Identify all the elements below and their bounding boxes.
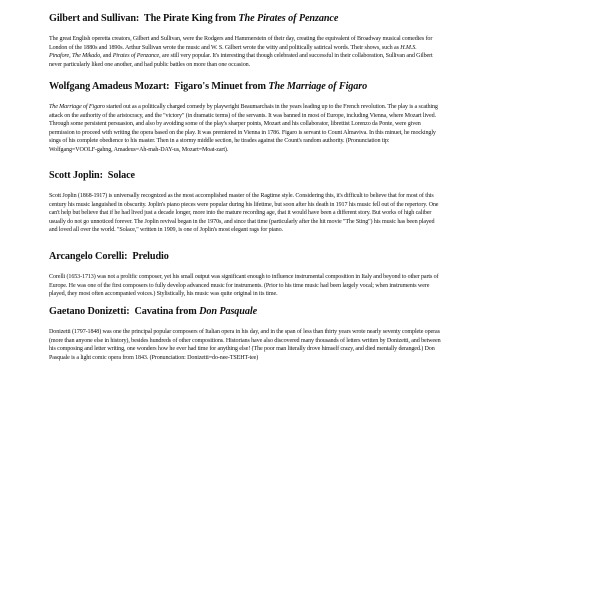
- section-heading: Gilbert and Sullivan: The Pirate King fr…: [49, 13, 524, 25]
- body-line: can't help but believe that if he had li…: [49, 209, 524, 218]
- piece-title: Solace: [108, 170, 135, 181]
- body-line: sings of his complete obedience to his m…: [49, 137, 524, 146]
- section-body: The great English operetta creators, Gil…: [49, 35, 524, 69]
- section-gilbert-sullivan: Gilbert and Sullivan: The Pirate King fr…: [49, 13, 524, 69]
- body-line: (more than anyone else in history), besi…: [49, 337, 524, 346]
- section-heading: Gaetano Donizetti: Cavatina from Don Pas…: [49, 306, 524, 318]
- body-line: century his music languished in obscurit…: [49, 201, 524, 210]
- section-heading: Arcangelo Corelli: Preludio: [49, 251, 524, 263]
- body-line: Pasquale is a light comic opera from 184…: [49, 354, 524, 363]
- composer-name: Wolfgang Amadeus Mozart:: [49, 81, 169, 92]
- section-mozart: Wolfgang Amadeus Mozart: Figaro's Minuet…: [49, 81, 524, 155]
- section-heading: Wolfgang Amadeus Mozart: Figaro's Minuet…: [49, 81, 524, 93]
- body-line: Scott Joplin (1868-1917) is universally …: [49, 192, 524, 201]
- body-line: Europe. He was one of the first composer…: [49, 282, 524, 291]
- composer-name: Scott Joplin:: [49, 170, 103, 181]
- body-line: played, they most often accompanied voic…: [49, 290, 524, 299]
- composer-name: Gaetano Donizetti:: [49, 306, 130, 317]
- body-line: and loved all over the world. "Solace," …: [49, 226, 524, 235]
- body-line: The Marriage of Figaro started out as a …: [49, 103, 524, 112]
- body-line: attack on the authority of the aristocra…: [49, 112, 524, 121]
- body-line: Pinafore, The Mikado, and Pirates of Pen…: [49, 52, 524, 61]
- piece-title: Preludio: [132, 251, 168, 262]
- body-line: Donizetti (1797-1848) was one the princi…: [49, 328, 524, 337]
- section-body: Corelli (1653-1713) was not a prolific c…: [49, 273, 524, 299]
- body-line: never particularly liked one another, an…: [49, 61, 524, 70]
- work-title: The Pirates of Penzance: [238, 13, 338, 24]
- section-corelli: Arcangelo Corelli: Preludio Corelli (165…: [49, 251, 524, 299]
- work-title: The Marriage of Figaro: [268, 81, 367, 92]
- piece-title: Cavatina from: [134, 306, 199, 317]
- section-heading: Scott Joplin: Solace: [49, 170, 524, 182]
- composer-name: Arcangelo Corelli:: [49, 251, 127, 262]
- piece-title: Figaro's Minuet from: [174, 81, 268, 92]
- work-title: Don Pasquale: [199, 306, 257, 317]
- body-line: Corelli (1653-1713) was not a prolific c…: [49, 273, 524, 282]
- section-body: Donizetti (1797-1848) was one the princi…: [49, 328, 524, 362]
- section-joplin: Scott Joplin: Solace Scott Joplin (1868-…: [49, 170, 524, 235]
- body-line: Through some persistent persuasion, and …: [49, 120, 524, 129]
- body-line: The great English operetta creators, Gil…: [49, 35, 524, 44]
- piece-title: The Pirate King from: [144, 13, 238, 24]
- body-line: permission to proceed with writing the o…: [49, 129, 524, 138]
- composer-name: Gilbert and Sullivan:: [49, 13, 139, 24]
- body-line: London of the 1880s and 1890s. Arthur Su…: [49, 44, 524, 53]
- section-body: Scott Joplin (1868-1917) is universally …: [49, 192, 524, 235]
- section-donizetti: Gaetano Donizetti: Cavatina from Don Pas…: [49, 306, 524, 362]
- section-body: The Marriage of Figaro started out as a …: [49, 103, 524, 155]
- body-line: usually do not go unnoticed forever. The…: [49, 218, 524, 227]
- body-line: Wolfgang=VOOLF-gahng, Amadeus=Ah-mah-DAY…: [49, 146, 524, 155]
- body-line: his composing and letter writing, one wo…: [49, 345, 524, 354]
